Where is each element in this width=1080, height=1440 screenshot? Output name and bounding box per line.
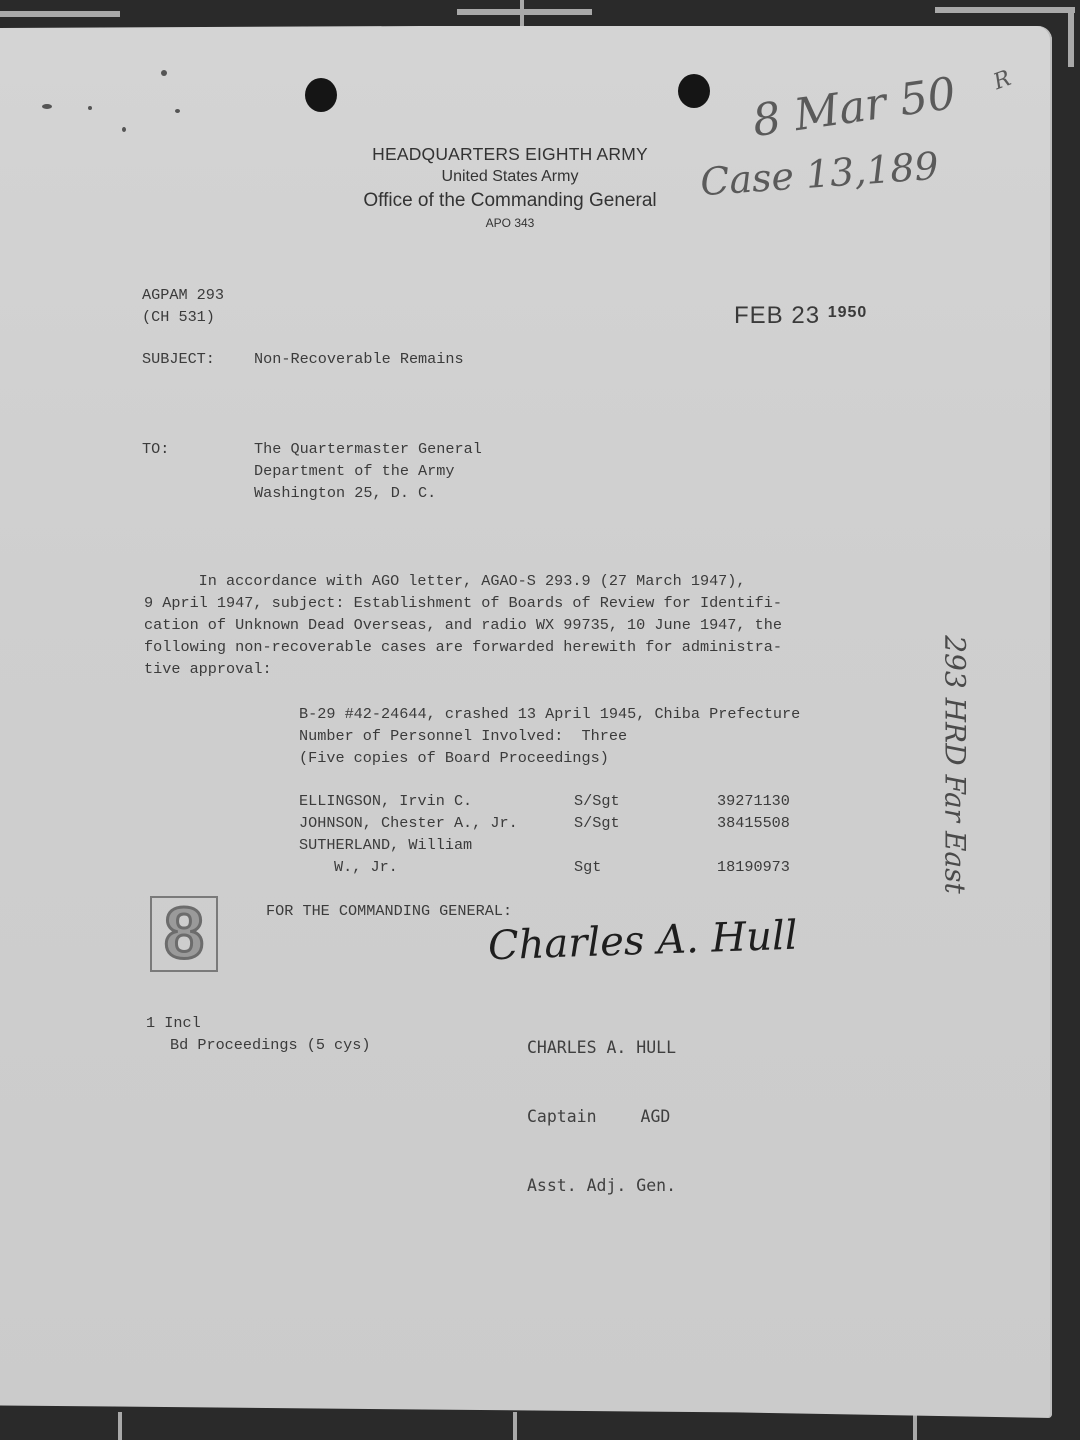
scanner-mark [0,11,120,17]
personnel-serial: 38415508 [717,812,790,834]
signer-branch: AGD [641,1107,671,1126]
subject-text: Non-Recoverable Remains [254,348,464,370]
stamp-numeral: 8 [164,898,204,970]
subject-label: SUBJECT: [142,348,215,370]
eighth-army-stamp: 8 [150,896,218,972]
case-copies-note: (Five copies of Board Proceedings) [299,747,609,769]
signer-rank-line: CaptainAGD [527,1105,676,1128]
speck [122,127,126,132]
personnel-name: ELLINGSON, Irvin C. [299,790,472,812]
body-line: following non-recoverable cases are forw… [144,636,782,658]
ch-reference: (CH 531) [142,306,215,328]
personnel-rank: S/Sgt [574,812,620,834]
letterhead-office: Office of the Commanding General [330,188,690,214]
punch-hole-left [305,78,337,112]
letterhead-army: United States Army [330,166,690,188]
signer-name: CHARLES A. HULL [527,1036,676,1059]
addressee-line: The Quartermaster General [254,438,482,460]
to-label: TO: [142,438,169,460]
case-aircraft-line: B-29 #42-24644, crashed 13 April 1945, C… [299,703,800,725]
punch-hole-right [678,74,710,108]
addressee-line: Department of the Army [254,460,455,482]
scanner-mark [1068,7,1074,67]
signer-rank: Captain [527,1107,597,1126]
signature-block: CHARLES A. HULL CaptainAGD Asst. Adj. Ge… [527,990,676,1220]
letterhead: HEADQUARTERS EIGHTH ARMY United States A… [330,142,690,232]
body-line: tive approval: [144,658,272,680]
scanner-mark [935,7,1075,13]
vertical-handwritten-note: 293 HRD Far East [939,585,972,945]
personnel-name: JOHNSON, Chester A., Jr. [299,812,518,834]
for-commanding-general: FOR THE COMMANDING GENERAL: [266,900,512,922]
personnel-name-continued: W., Jr. [334,856,398,878]
speck [175,109,180,113]
speck [88,106,92,110]
scanner-mark [513,1412,517,1440]
personnel-name: SUTHERLAND, William [299,834,472,856]
scanner-mark [913,1412,917,1440]
stamp-date-text: FEB 23 [734,302,820,329]
body-line: cation of Unknown Dead Overseas, and rad… [144,614,782,636]
speck [161,70,167,76]
enclosure-count: 1 Incl [146,1012,201,1034]
file-reference: AGPAM 293 [142,284,224,306]
stamp-year-text: 1950 [828,304,868,321]
case-personnel-count: Number of Personnel Involved: Three [299,725,627,747]
enclosure-item: Bd Proceedings (5 cys) [170,1034,371,1056]
personnel-rank: Sgt [574,856,601,878]
personnel-rank: S/Sgt [574,790,620,812]
addressee-line: Washington 25, D. C. [254,482,436,504]
speck [42,104,52,109]
body-line: In accordance with AGO letter, AGAO-S 29… [144,570,746,592]
signer-title: Asst. Adj. Gen. [527,1174,676,1197]
letterhead-hq: HEADQUARTERS EIGHTH ARMY [330,142,690,166]
scanner-mark [520,0,524,26]
received-date-stamp: FEB 23 1950 [734,302,867,330]
personnel-serial: 39271130 [717,790,790,812]
scanner-mark [118,1412,122,1440]
personnel-serial: 18190973 [717,856,790,878]
body-line: 9 April 1947, subject: Establishment of … [144,592,782,614]
letterhead-apo: APO 343 [330,214,690,232]
scanner-mark [457,9,592,15]
